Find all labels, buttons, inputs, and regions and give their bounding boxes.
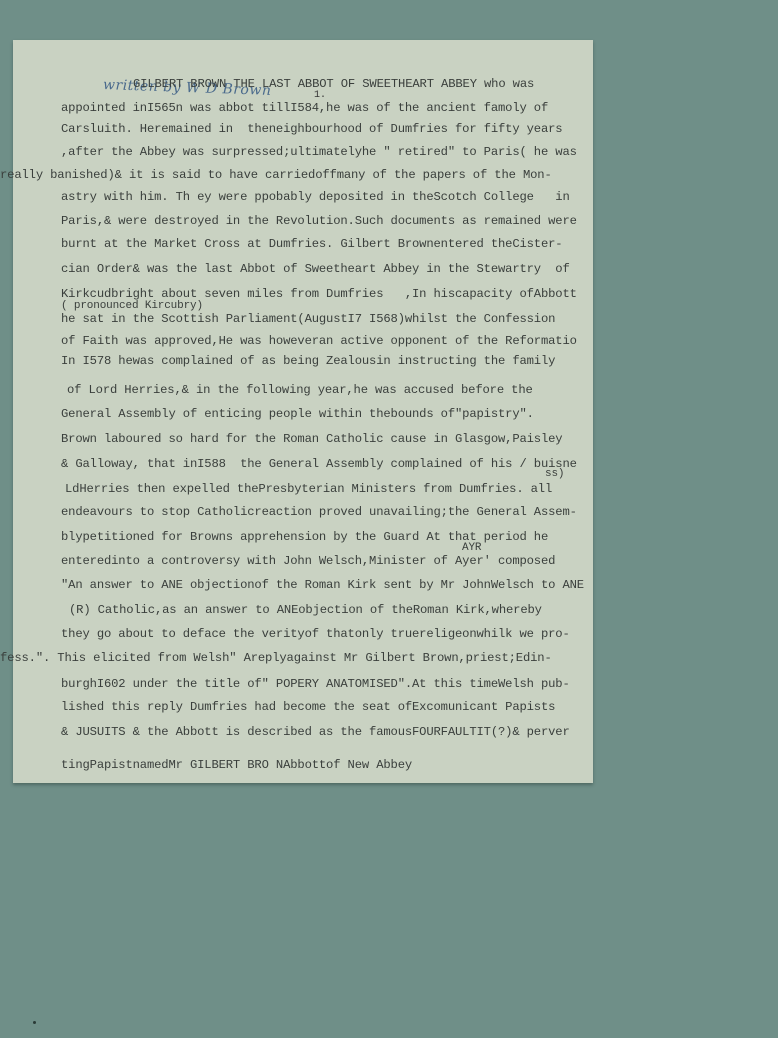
text-line: astry with him. Th ey were ppobably depo… <box>61 190 570 204</box>
text-line: lished this reply Dumfries had become th… <box>61 700 555 714</box>
text-line: tingPapistnamedMr GILBERT BRO NAbbottof … <box>61 758 412 772</box>
text-line: of Lord Herries,& in the following year,… <box>67 383 533 397</box>
text-line: of Faith was approved,He was howeveran a… <box>61 334 577 348</box>
text-line: AYR <box>462 542 481 554</box>
text-line: GILBERT BROWN THE LAST ABBOT OF SWEETHEA… <box>133 77 534 91</box>
text-line: he sat in the Scottish Parliament(August… <box>61 312 555 326</box>
text-line: really banished)& it is said to have car… <box>0 168 552 182</box>
text-line: & Galloway, that inI588 the General Asse… <box>61 457 577 471</box>
text-line: Paris,& were destroyed in the Revolution… <box>61 214 577 228</box>
text-line: General Assembly of enticing people with… <box>61 407 534 421</box>
text-line: & JUSUITS & the Abbott is described as t… <box>61 725 570 739</box>
text-line: endeavours to stop Catholicreaction prov… <box>61 505 577 519</box>
text-line: ( pronounced Kircubry) <box>61 300 203 312</box>
text-line: fess.". This elicited from Welsh" Areply… <box>0 651 552 665</box>
text-line: ,after the Abbey was surpressed;ultimate… <box>61 145 577 159</box>
text-line: cian Order& was the last Abbot of Sweeth… <box>61 262 570 276</box>
text-line: (R) Catholic,as an answer to ANEobjectio… <box>69 603 542 617</box>
text-line: they go about to deface the verityof tha… <box>61 627 570 641</box>
text-line: enteredinto a controversy with John Wels… <box>61 554 555 568</box>
text-line: Kirkcudbright about seven miles from Dum… <box>61 287 577 301</box>
page-number: 1. <box>314 90 326 101</box>
document-page: written by W D Brown 1. GILBERT BROWN TH… <box>13 40 593 783</box>
text-line: burnt at the Market Cross at Dumfries. G… <box>61 237 562 251</box>
text-line: Brown laboured so hard for the Roman Cat… <box>61 432 562 446</box>
text-line: Carsluith. Heremained in theneighbourhoo… <box>61 122 562 136</box>
speck <box>33 1021 36 1024</box>
text-line: LdHerries then expelled thePresbyterian … <box>65 482 552 496</box>
text-line: appointed inI565n was abbot tillI584,he … <box>61 101 548 115</box>
text-line: burghI602 under the title of" POPERY ANA… <box>61 677 570 691</box>
text-line: In I578 hewas complained of as being Zea… <box>61 354 555 368</box>
text-line: ss) <box>545 468 564 480</box>
text-line: "An answer to ANE objectionof the Roman … <box>61 578 584 592</box>
